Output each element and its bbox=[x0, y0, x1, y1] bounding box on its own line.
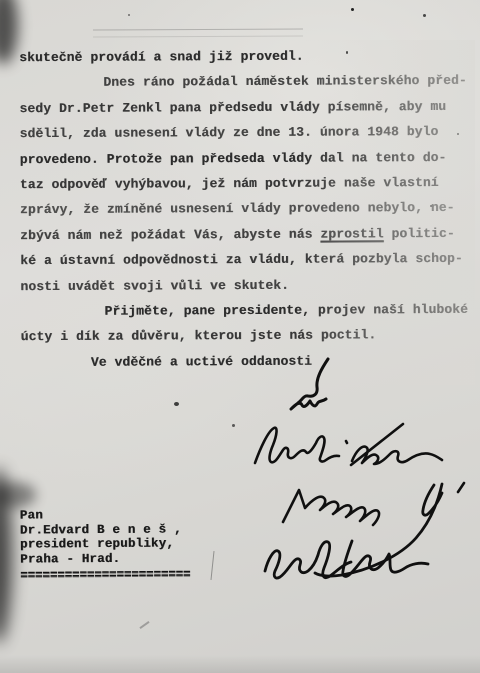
photo-speck bbox=[346, 51, 348, 54]
letter-photograph: skutečně provádí a snad již provedl. Dne… bbox=[0, 0, 480, 673]
recipient-line: president republiky, bbox=[20, 537, 190, 553]
letter-line: nosti uvádět svoji vůli ve skutek. bbox=[20, 271, 472, 299]
letter-line: úcty i dík za důvěru, kterou jste nás po… bbox=[21, 322, 473, 350]
letter-line-with-underline: zbývá nám než požádat Vás, abyste nás zp… bbox=[20, 221, 472, 249]
letter-line: sedy Dr.Petr Zenkl pana předsedu vlády p… bbox=[19, 94, 471, 122]
handwritten-signature-2 bbox=[251, 419, 447, 471]
underlined-word: zprostil bbox=[320, 226, 383, 241]
letter-line: Dnes ráno požádal náměstek ministerského… bbox=[19, 68, 471, 96]
recipient-line: Praha - Hrad. bbox=[20, 551, 190, 567]
letter-body: skutečně provádí a snad již provedl. Dne… bbox=[19, 43, 473, 376]
typed-underline: ======================= bbox=[20, 567, 190, 583]
photo-scratch bbox=[210, 551, 214, 580]
photo-speck bbox=[128, 14, 130, 16]
photo-speck bbox=[232, 424, 235, 427]
photo-dark-corner-top-left bbox=[0, 0, 18, 64]
recipient-address-block: Pan Dr.Edvard B e n e š , president repu… bbox=[20, 507, 191, 583]
photo-speck bbox=[457, 133, 459, 135]
photo-speck bbox=[423, 14, 426, 17]
line-segment: zbývá nám než požádat Vás, abyste nás bbox=[20, 226, 320, 243]
letter-line: Přijměte, pane presidente, projev naší h… bbox=[20, 297, 472, 325]
handwritten-signature-4 bbox=[252, 533, 442, 588]
handwritten-signature-1 bbox=[286, 356, 350, 420]
letter-line: taz odpověď vyhýbavou, jež nám potvrzuje… bbox=[20, 170, 472, 198]
letter-line: zprávy, že zmíněné usnesení vlády proved… bbox=[20, 195, 472, 223]
letter-line: skutečně provádí a snad již provedl. bbox=[19, 43, 471, 71]
faint-fold-line bbox=[93, 28, 303, 37]
letter-line: provedeno. Protože pan předseda vlády da… bbox=[20, 144, 472, 172]
photo-scratch bbox=[139, 621, 149, 629]
photo-speck bbox=[174, 402, 179, 406]
letter-line: Ve vděčné a uctivé oddanosti bbox=[21, 348, 473, 376]
photo-smudge bbox=[0, 482, 36, 508]
recipient-line: Pan bbox=[20, 507, 190, 523]
photo-speck bbox=[351, 8, 354, 11]
photo-speck bbox=[430, 205, 432, 207]
letter-line: sdělil, zda usnesení vlády ze dne 13. ún… bbox=[20, 119, 472, 147]
line-segment: politic- bbox=[384, 226, 455, 241]
letter-line: ké a ústavní odpovědnosti za vládu, kter… bbox=[20, 246, 472, 274]
recipient-line: Dr.Edvard B e n e š , bbox=[20, 522, 190, 538]
